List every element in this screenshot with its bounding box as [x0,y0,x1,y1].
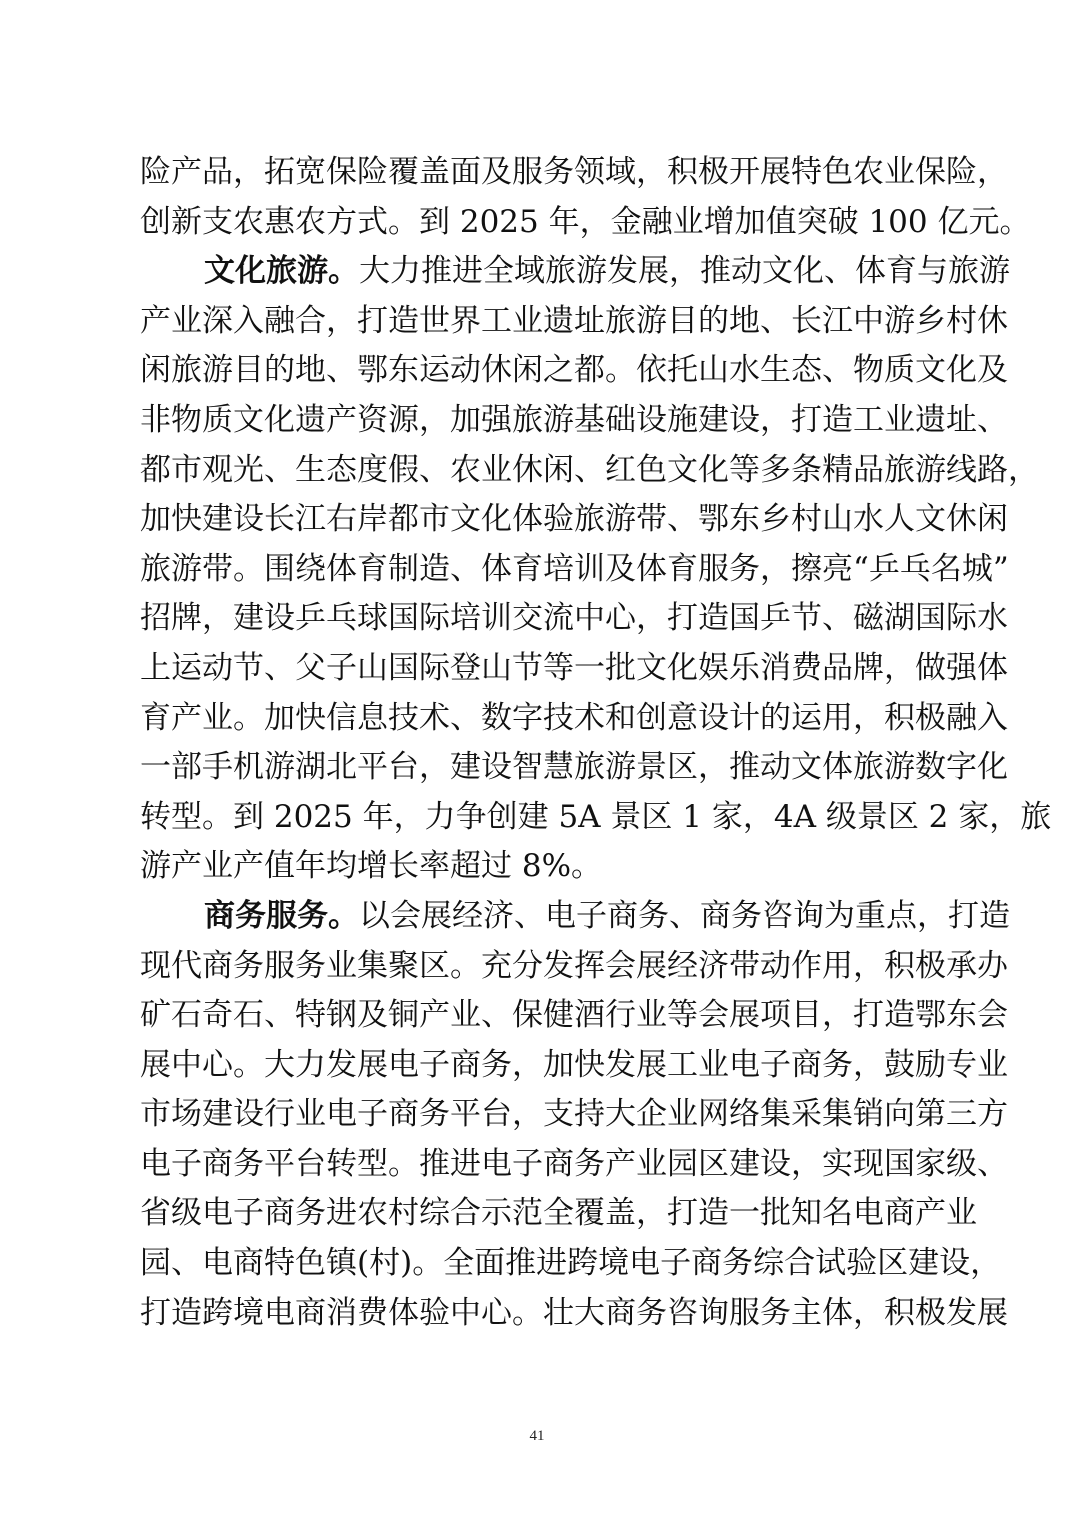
text-line: 险产品，拓宽保险覆盖面及服务领域，积极开展特色农业保险， [140,148,940,198]
text-line: 非物质文化遗产资源，加强旅游基础设施建设，打造工业遗址、 [140,396,940,446]
text-line: 游产业产值年均增长率超过 8%。 [140,842,940,892]
text-line: 产业深入融合，打造世界工业遗址旅游目的地、长江中游乡村休 [140,297,940,347]
text-line: 加快建设长江右岸都市文化体验旅游带、鄂东乡村山水人文休闲 [140,495,940,545]
paragraph-start-tourism: 文化旅游。大力推进全域旅游发展，推动文化、体育与旅游 [140,247,940,297]
text-line: 旅游带。围绕体育制造、体育培训及体育服务，擦亮“乒乓名城” [140,545,940,595]
text-line: 育产业。加快信息技术、数字技术和创意设计的运用，积极融入 [140,694,940,744]
text-line: 省级电子商务进农村综合示范全覆盖，打造一批知名电商产业 [140,1189,940,1239]
section-heading-business: 商务服务。 [204,898,359,934]
page-number: 41 [0,1428,1074,1445]
text-span: 大力推进全域旅游发展，推动文化、体育与旅游 [359,253,1010,289]
text-line: 市场建设行业电子商务平台，支持大企业网络集采集销向第三方 [140,1090,940,1140]
text-line: 转型。到 2025 年，力争创建 5A 景区 1 家，4A 级景区 2 家，旅 [140,793,940,843]
text-line: 电子商务平台转型。推进电子商务产业园区建设，实现国家级、 [140,1140,940,1190]
text-line: 现代商务服务业集聚区。充分发挥会展经济带动作用，积极承办 [140,942,940,992]
text-line: 都市观光、生态度假、农业休闲、红色文化等多条精品旅游线路， [140,446,940,496]
text-line: 打造跨境电商消费体验中心。壮大商务咨询服务主体，积极发展 [140,1289,940,1339]
text-line: 招牌，建设乒乓球国际培训交流中心，打造国乒节、磁湖国际水 [140,594,940,644]
paragraph-start-business: 商务服务。以会展经济、电子商务、商务咨询为重点，打造 [140,892,940,942]
text-span: 以会展经济、电子商务、商务咨询为重点，打造 [359,898,1010,934]
text-line: 矿石奇石、特钢及铜产业、保健酒行业等会展项目，打造鄂东会 [140,991,940,1041]
text-line: 一部手机游湖北平台，建设智慧旅游景区，推动文体旅游数字化 [140,743,940,793]
text-line: 闲旅游目的地、鄂东运动休闲之都。依托山水生态、物质文化及 [140,346,940,396]
section-heading-tourism: 文化旅游。 [204,253,359,289]
text-line: 上运动节、父子山国际登山节等一批文化娱乐消费品牌，做强体 [140,644,940,694]
text-line: 创新支农惠农方式。到 2025 年，金融业增加值突破 100 亿元。 [140,198,940,248]
text-line: 园、电商特色镇(村)。全面推进跨境电子商务综合试验区建设， [140,1239,940,1289]
document-body: 险产品，拓宽保险覆盖面及服务领域，积极开展特色农业保险， 创新支农惠农方式。到 … [140,148,940,1338]
text-line: 展中心。大力发展电子商务，加快发展工业电子商务，鼓励专业 [140,1041,940,1091]
